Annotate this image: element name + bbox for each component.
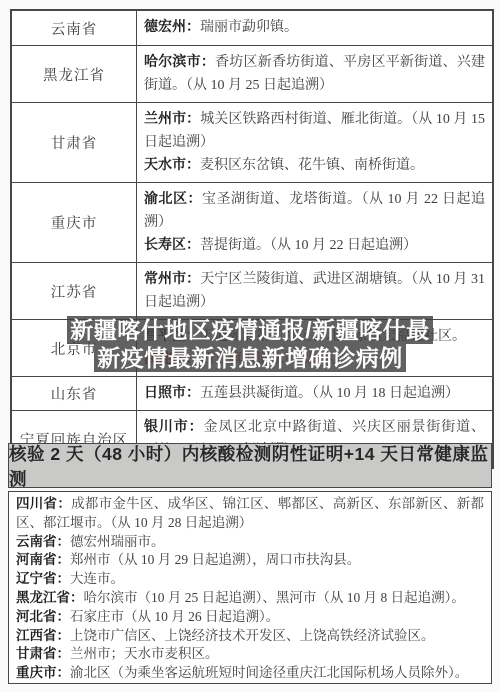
- detail-cell: 渝北区：宝圣湖街道、龙塔街道。（从 10 月 22 日起追溯） 长寿区：菩提街道…: [137, 183, 492, 262]
- notice-label: 云南省：: [16, 534, 70, 549]
- notice-item: 重庆市：渝北区（为乘坐客运航班短时间途径重庆江北国际机场人员除外）。: [16, 664, 484, 683]
- notice-item: 甘肃省：兰州市；天水市麦积区。: [16, 645, 484, 664]
- notice-text: 兰州市；天水市麦积区。: [70, 646, 219, 661]
- notice-label: 黑龙江省：: [16, 590, 84, 605]
- notice-text: 德宏州瑞丽市。: [70, 534, 165, 549]
- province-cell: 重庆市: [12, 183, 137, 262]
- entry-label: 常州市：: [144, 272, 200, 287]
- notice-text: 郑州市（从 10 月 29 日起追溯），周口市扶沟县。: [70, 552, 360, 567]
- notice-item: 河北省：石家庄市（从 10 月 26 日起追溯）。: [16, 608, 484, 627]
- notice-label: 江西省：: [16, 628, 70, 643]
- entry-text: 西三旗街道永泰园C区。: [200, 352, 349, 367]
- notice-label: 四川省：: [16, 496, 71, 511]
- entry: 昌平区：天通苑北第二社区、北七家镇宏福苑社区。: [144, 325, 485, 348]
- entry-label: 哈尔滨市：: [144, 55, 215, 70]
- table-row: 北京市 昌平区：天通苑北第二社区、北七家镇宏福苑社区。 海淀区：西三旗街道永泰园…: [12, 319, 492, 376]
- notice-item: 黑龙江省：哈尔滨市（10 月 25 日起追溯）、黑河市（从 10 月 8 日起追…: [16, 589, 484, 608]
- province-cell: 山东省: [12, 377, 137, 410]
- notice-text: 渝北区（为乘坐客运航班短时间途径重庆江北国际机场人员除外）。: [70, 665, 468, 680]
- province-cell: 江苏省: [12, 263, 137, 319]
- table-row: 甘肃省 兰州市：城关区铁路西村街道、雁北街道。（从 10 月 15 日起追溯） …: [12, 102, 492, 182]
- notice-label: 河南省：: [16, 552, 70, 567]
- notice-text: 大连市。: [70, 571, 124, 586]
- entry: 常州市：天宁区兰陵街道、武进区湖塘镇。（从 10 月 31 日起追溯）: [144, 272, 485, 310]
- entry-label: 渝北区：: [144, 192, 202, 207]
- entry-label: 兰州市：: [144, 112, 200, 127]
- notice-text: 哈尔滨市（10 月 25 日起追溯）、黑河市（从 10 月 8 日起追溯）。: [84, 590, 465, 605]
- entry-label: 天水市：: [144, 158, 200, 173]
- entry: 德宏州：瑞丽市勐卯镇。: [144, 20, 298, 35]
- entry: 天水市：麦积区东岔镇、花牛镇、南桥街道。: [144, 154, 485, 177]
- entry-text: 五莲县洪凝街道。（从 10 月 18 日起追溯）: [200, 386, 459, 401]
- entry-label: 昌平区：: [144, 329, 200, 344]
- notice-label: 辽宁省：: [16, 571, 70, 586]
- province-cell: 甘肃省: [12, 103, 137, 182]
- detail-cell: 常州市：天宁区兰陵街道、武进区湖塘镇。（从 10 月 31 日起追溯）: [137, 263, 492, 319]
- table-row: 山东省 日照市：五莲县洪凝街道。（从 10 月 18 日起追溯）: [12, 376, 492, 410]
- entry-text: 菩提街道。（从 10 月 22 日起追溯）: [200, 238, 417, 253]
- entry-text: 天通苑北第二社区、北七家镇宏福苑社区。: [200, 329, 466, 344]
- notice-label: 河北省：: [16, 609, 70, 624]
- notice-text: 上饶市广信区、上饶经济技术开发区、上饶高铁经济试验区。: [70, 628, 435, 643]
- notice-block: 四川省：成都市金牛区、成华区、锦江区、郫都区、高新区、东部新区、新都区、都江堰市…: [8, 491, 492, 684]
- entry-text: 瑞丽市勐卯镇。: [200, 20, 298, 35]
- entry-highlighted-red: 海淀区：西三旗街道永泰园C区。: [144, 348, 485, 371]
- notice-item: 辽宁省：大连市。: [16, 570, 484, 589]
- document-page: 云南省 德宏州：瑞丽市勐卯镇。 黑龙江省 哈尔滨市：香坊区新香坊街道、平房区平新…: [0, 0, 500, 692]
- entry-label: 海淀区：: [144, 352, 200, 367]
- entry-label: 日照市：: [144, 386, 200, 401]
- notice-item: 四川省：成都市金牛区、成华区、锦江区、郫都区、高新区、东部新区、新都区、都江堰市…: [16, 495, 484, 533]
- table-row: 云南省 德宏州：瑞丽市勐卯镇。: [12, 11, 492, 45]
- entry: 日照市：五莲县洪凝街道。（从 10 月 18 日起追溯）: [144, 386, 459, 401]
- detail-cell: 德宏州：瑞丽市勐卯镇。: [137, 11, 492, 45]
- province-cell: 云南省: [12, 11, 137, 45]
- entry: 哈尔滨市：香坊区新香坊街道、平房区平新街道、兴建街道。（从 10 月 25 日起…: [144, 55, 485, 93]
- notice-text: 成都市金牛区、成华区、锦江区、郫都区、高新区、东部新区、新都区、都江堰市。（从 …: [16, 496, 484, 530]
- detail-cell: 日照市：五莲县洪凝街道。（从 10 月 18 日起追溯）: [137, 377, 492, 410]
- notice-item: 河南省：郑州市（从 10 月 29 日起追溯），周口市扶沟县。: [16, 551, 484, 570]
- notice-text: 石家庄市（从 10 月 26 日起追溯）。: [70, 609, 279, 624]
- notice-item: 江西省：上饶市广信区、上饶经济技术开发区、上饶高铁经济试验区。: [16, 627, 484, 646]
- province-cell: 北京市: [12, 320, 137, 376]
- notice-label: 重庆市：: [16, 665, 70, 680]
- restriction-table: 云南省 德宏州：瑞丽市勐卯镇。 黑龙江省 哈尔滨市：香坊区新香坊街道、平房区平新…: [10, 9, 494, 469]
- requirement-band: 核验 2 天（48 小时）内核酸检测阴性证明+14 天日常健康监测: [8, 443, 492, 488]
- entry-label: 德宏州：: [144, 20, 200, 35]
- detail-cell: 昌平区：天通苑北第二社区、北七家镇宏福苑社区。 海淀区：西三旗街道永泰园C区。: [137, 320, 492, 376]
- entry: 兰州市：城关区铁路西村街道、雁北街道。（从 10 月 15 日起追溯）: [144, 108, 485, 154]
- entry-text: 麦积区东岔镇、花牛镇、南桥街道。: [200, 158, 424, 173]
- entry-label: 长寿区：: [144, 238, 200, 253]
- detail-cell: 哈尔滨市：香坊区新香坊街道、平房区平新街道、兴建街道。（从 10 月 25 日起…: [137, 46, 492, 102]
- detail-cell: 兰州市：城关区铁路西村街道、雁北街道。（从 10 月 15 日起追溯） 天水市：…: [137, 103, 492, 182]
- entry: 长寿区：菩提街道。（从 10 月 22 日起追溯）: [144, 234, 485, 257]
- notice-label: 甘肃省：: [16, 646, 70, 661]
- province-cell: 黑龙江省: [12, 46, 137, 102]
- notice-item: 云南省：德宏州瑞丽市。: [16, 533, 484, 552]
- table-row: 江苏省 常州市：天宁区兰陵街道、武进区湖塘镇。（从 10 月 31 日起追溯）: [12, 262, 492, 319]
- entry-label: 银川市：: [144, 420, 203, 435]
- table-row: 重庆市 渝北区：宝圣湖街道、龙塔街道。（从 10 月 22 日起追溯） 长寿区：…: [12, 182, 492, 262]
- table-row: 黑龙江省 哈尔滨市：香坊区新香坊街道、平房区平新街道、兴建街道。（从 10 月 …: [12, 45, 492, 102]
- entry: 渝北区：宝圣湖街道、龙塔街道。（从 10 月 22 日起追溯）: [144, 188, 485, 234]
